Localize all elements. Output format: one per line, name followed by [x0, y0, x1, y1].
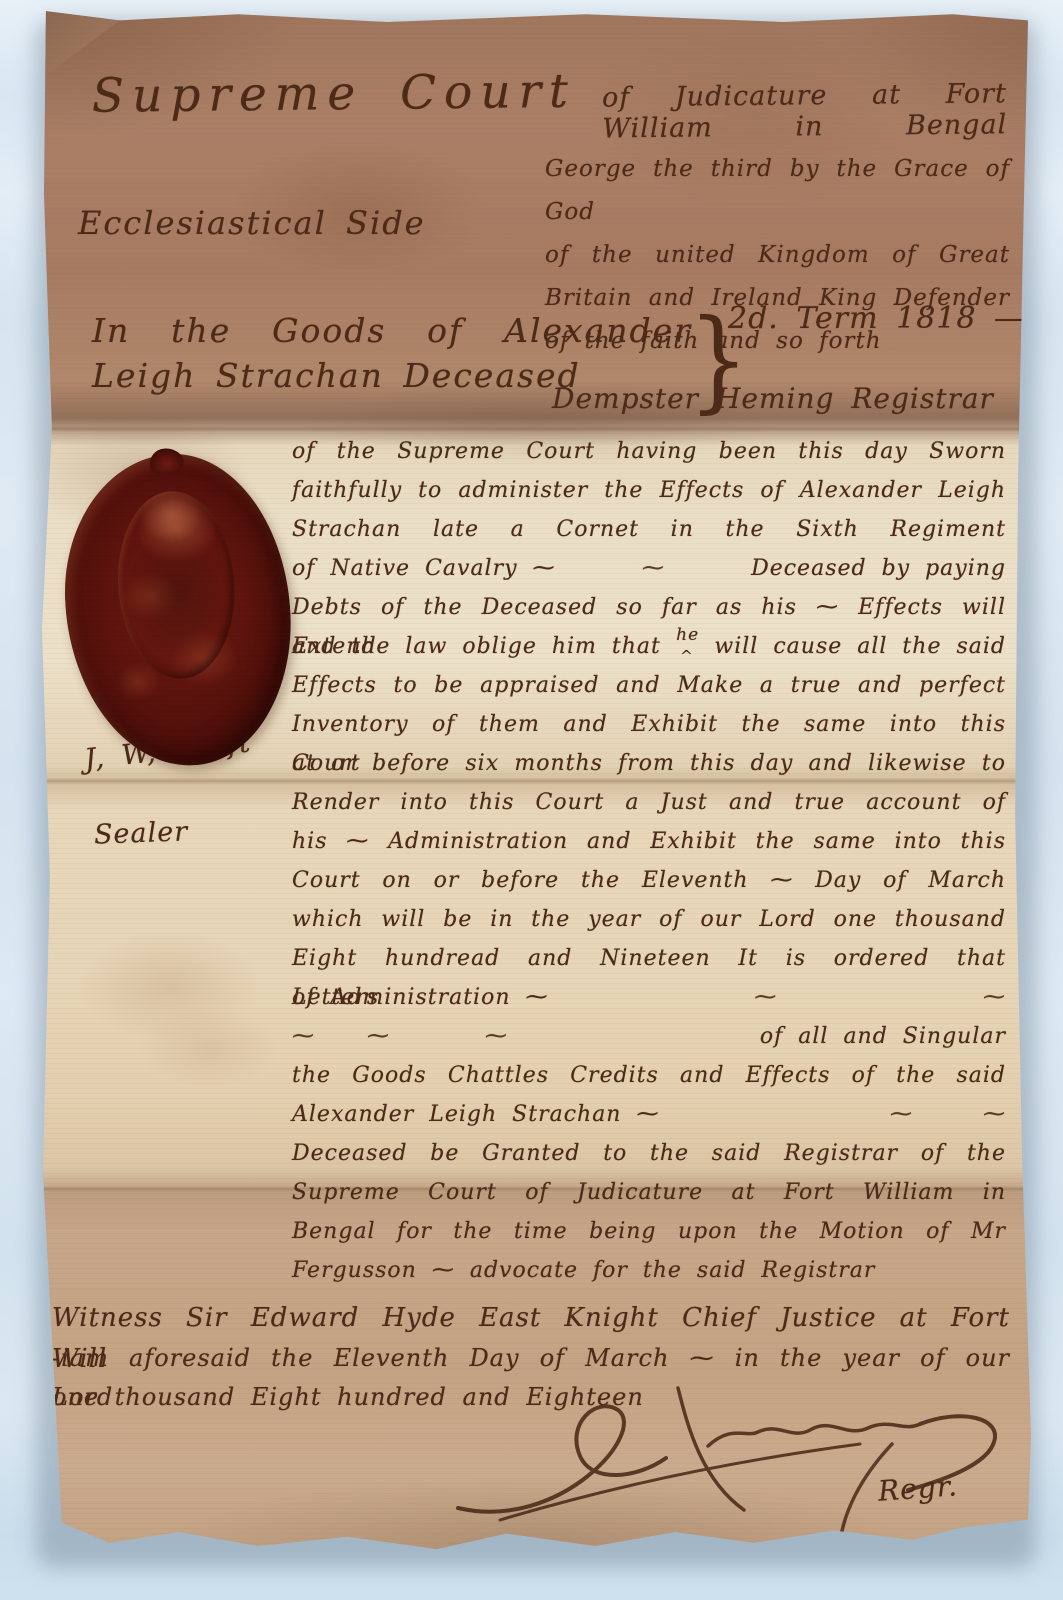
document-paper: Supreme Court of Judicature at Fort Will… — [40, 8, 1032, 1560]
filler-dash: ⁓ — [754, 978, 777, 1017]
royal-line: George the third by the Grace of God — [545, 148, 1010, 234]
body-line-left: of Administration ⁓ — [292, 978, 549, 1017]
court-title-rest: of Judicature at Fort William in Bengal — [602, 78, 1008, 144]
body-line: Alexander Leigh Strachan ⁓ ⁓ ⁓ — [292, 1095, 1006, 1134]
body-line: his ⁓ Administration and Exhibit the sam… — [292, 822, 1006, 861]
interlinear-insertion: he ^ — [676, 616, 699, 655]
ecclesiastical-side-label: Ecclesiastical Side — [78, 204, 426, 242]
registrar-signature-flourish — [440, 1380, 1020, 1545]
body-line: Strachan late a Cornet in the Sixth Regi… — [292, 510, 1006, 549]
red-wax-seal-icon — [55, 447, 300, 774]
filler-dash: ⁓ — [485, 1017, 508, 1056]
filler-dash: ⁓ — [292, 1017, 315, 1056]
filler-dash: ⁓ — [642, 549, 665, 588]
term-line: 2d. Term 1818 — — [728, 301, 1025, 336]
body-line-with-insertion: and the law oblige him that he ^ will ca… — [292, 627, 1006, 666]
body-line: Inventory of them and Exhibit the same i… — [292, 705, 1006, 744]
body-line: of Native Cavalry ⁓ ⁓ Deceased by paying — [292, 549, 1006, 588]
filler-dash: ⁓ — [983, 978, 1006, 1017]
court-header: Supreme Court of Judicature at Fort Will… — [92, 59, 1008, 150]
witness-line: -iam aforesaid the Eleventh Day of March… — [52, 1339, 1010, 1378]
body-line-right: of all and Singular — [760, 1017, 1006, 1056]
registrar-name-line: Dempster Heming Registrar — [552, 382, 1010, 415]
body-line: Bengal for the time being upon the Motio… — [292, 1212, 1006, 1251]
filler-dash: ⁓ — [367, 1017, 390, 1056]
body-line: Deceased be Granted to the said Registra… — [292, 1134, 1006, 1173]
body-line-left: of Native Cavalry ⁓ — [292, 549, 556, 588]
wax-drip — [149, 447, 185, 475]
body-line-left: and the law oblige him that — [292, 627, 661, 666]
body-line: Supreme Court of Judicature at Fort Will… — [292, 1173, 1006, 1212]
body-line: Effects to be appraised and Make a true … — [292, 666, 1006, 705]
body-line: Render into this Court a Just and true a… — [292, 783, 1006, 822]
body-line: of the Supreme Court having been this da… — [292, 432, 1006, 471]
witness-line: Witness Sir Edward Hyde East Knight Chie… — [52, 1298, 1010, 1339]
body-line-right: Deceased by paying — [751, 549, 1006, 588]
filler-dash: ⁓ — [890, 1095, 913, 1134]
body-line: the Goods Chattles Credits and Effects o… — [292, 1056, 1006, 1095]
registrar-abbreviation: Regr. — [877, 1469, 959, 1507]
caption-line: In the Goods of Alexander — [92, 308, 692, 353]
body-line: which will be in the year of our Lord on… — [292, 900, 1006, 939]
clerk-title: Sealer — [93, 816, 188, 850]
filler-dash: ⁓ — [983, 1095, 1006, 1134]
royal-line: of the united Kingdom of Great — [545, 234, 1010, 277]
body-line: Court on or before the Eleventh ⁓ Day of… — [292, 861, 1006, 900]
body-line: faithfully to administer the Effects of … — [292, 471, 1006, 510]
body-line: Eight hundread and Nineteen It is ordere… — [292, 939, 1006, 978]
court-title: Supreme Court — [92, 64, 577, 124]
decree-body: of the Supreme Court having been this da… — [292, 432, 1006, 1290]
seal-crown-emboss — [112, 488, 241, 683]
body-line-left: Alexander Leigh Strachan ⁓ — [292, 1095, 659, 1134]
insertion-caret: ^ — [680, 637, 694, 676]
body-line: Fergusson ⁓ advocate for the said Regist… — [292, 1251, 1006, 1290]
body-line: Debts of the Deceased so far as his ⁓ Ef… — [292, 588, 1006, 627]
body-line: at or before six months from this day an… — [292, 744, 1006, 783]
body-line-right: will cause all the said — [714, 627, 1006, 666]
body-line: of Administration ⁓ ⁓ ⁓ — [292, 978, 1006, 1017]
body-line: ⁓ ⁓ ⁓ of all and Singular — [292, 1017, 1006, 1056]
